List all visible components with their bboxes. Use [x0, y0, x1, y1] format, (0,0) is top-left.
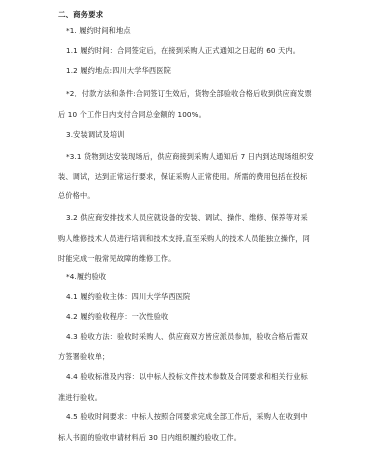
paragraph-line: 1.2 履约地点:四川大学华西医院 [66, 66, 171, 75]
section-title: 二、商务要求 [58, 10, 103, 19]
paragraph-line: 4.1 履约验收主体：四川大学华西医院 [66, 292, 190, 301]
paragraph-line: 标人书面的验收申请材料后 30 日内组织履约验收工作。 [58, 433, 241, 442]
paragraph-line: 4.4 验收标准及内容：以中标人投标文件技术参数及合同要求和相关行业标 [66, 372, 308, 381]
paragraph-line: 4.2 履约验收程序：一次性验收 [66, 312, 168, 321]
paragraph-line: 准进行验收。 [58, 393, 102, 402]
paragraph-line: 方签署验收单； [58, 352, 109, 361]
paragraph-line: *1. 履约时间和地点 [66, 26, 131, 35]
paragraph-line: 装、调试，达到正常运行要求，保证采购人正常使用。所需的费用包括在投标 [58, 172, 307, 181]
paragraph-line: 4.5 验收时间要求：中标人按照合同要求完成全部工作后，采购人在收到中 [66, 412, 308, 421]
paragraph-line: 3.2 供应商安排技术人员应就设备的安装、调试、操作、维修、保养等对采 [66, 213, 308, 222]
paragraph-line: 4.3 验收方法：验收时采购人、供应商双方皆应派员参加，验收合格后需双 [66, 332, 308, 341]
paragraph-line: 购人维修技术人员进行培训和技术支持,直至采购人的技术人员能独立操作，同 [58, 234, 310, 243]
paragraph-line: 总价格中。 [58, 191, 95, 200]
paragraph-line: 3.安装调试及培训 [66, 130, 125, 139]
paragraph-line: *2．付款方法和条件:合同签订生效后，货物全部验收合格后收到供应商发票 [66, 89, 312, 98]
paragraph-line: 时能完成一般常见故障的维修工作。 [58, 254, 175, 263]
paragraph-line: *3.1 货物到达安装现场后，供应商接到采购人通知后 7 日内到达现场组织安 [66, 152, 314, 161]
paragraph-line: *4.履约验收 [66, 272, 106, 281]
paragraph-line: 后 10 个工作日内支付合同总金额的 100%。 [58, 110, 206, 119]
paragraph-line: 1.1 履约时间：合同签定后，在接到采购人正式通知之日起的 60 天内。 [66, 46, 300, 55]
